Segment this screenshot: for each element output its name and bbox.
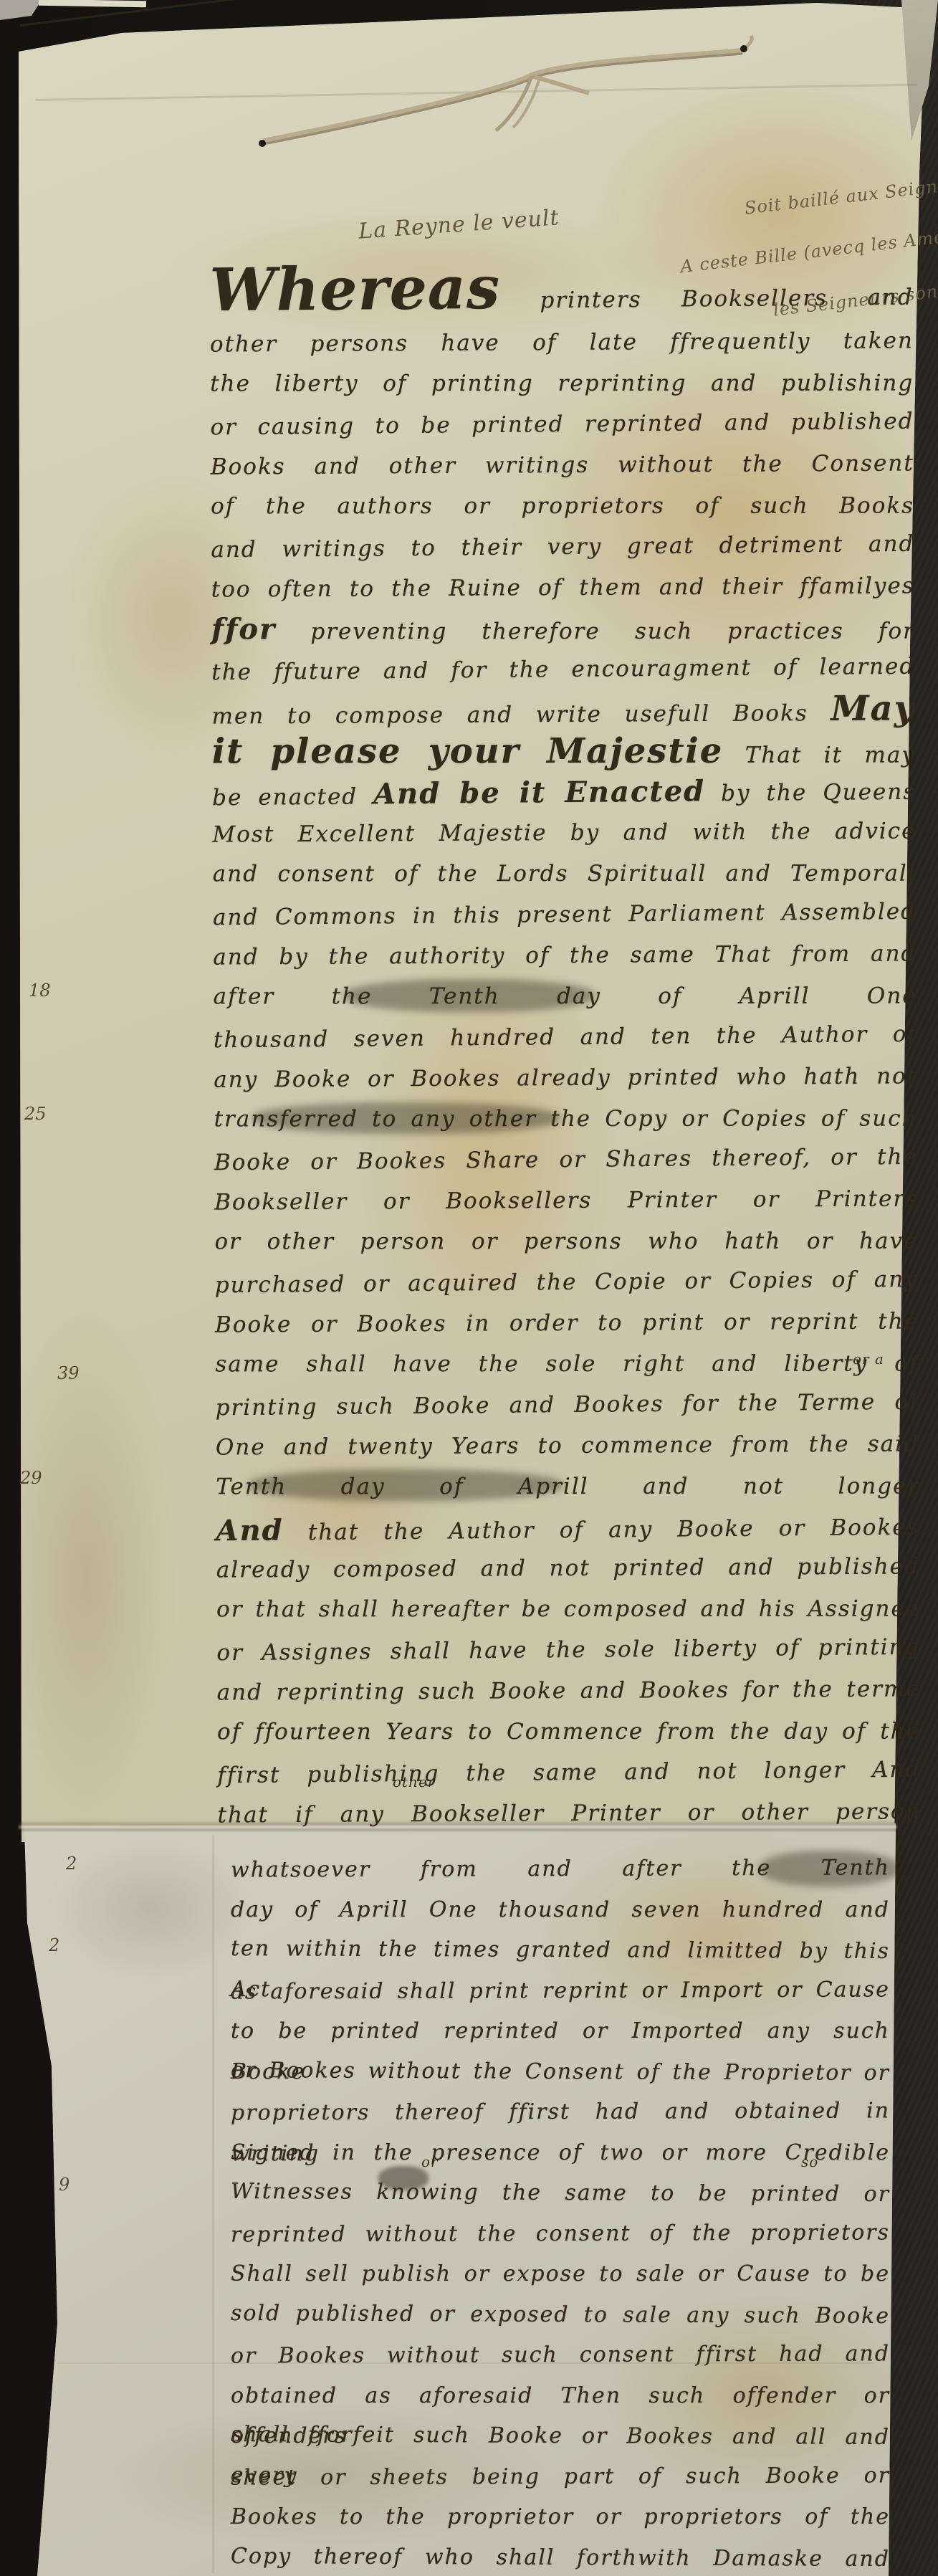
manuscript-line: the ffuture and for the encouragment of … — [211, 647, 915, 694]
manuscript-text-segment: Shall sell publish or expose to sale or … — [231, 2261, 890, 2286]
manuscript-text-segment: and by the authority of the same That fr… — [213, 940, 917, 970]
manuscript-text-segment: ffirst publishing the same and not longe… — [217, 1757, 921, 1789]
manuscript-line: shall fforfeit such Booke or Bookes and … — [231, 2415, 890, 2458]
manuscript-line: And that the Author of any Booke or Book… — [216, 1504, 919, 1552]
manuscript-text-segment: and Commons in this present Parliament A… — [213, 899, 917, 931]
manuscript-line: of ffourteen Years to Commence from the … — [217, 1712, 921, 1753]
manuscript-line: Bookseller or Booksellers Printer or Pri… — [214, 1178, 918, 1223]
manuscript-text-segment: Bookes to the proprietor or proprietors … — [231, 2504, 890, 2529]
manuscript-line: Booke or Bookes in order to print or rep… — [215, 1301, 919, 1345]
manuscript-text-segment: And — [216, 1513, 284, 1547]
manuscript-line: be enacted And be it Enacted by the Quee… — [212, 769, 916, 816]
manuscript-line: or that shall hereafter be composed and … — [216, 1589, 920, 1631]
manuscript-line: to be printed reprinted or Imported any … — [231, 2011, 890, 2052]
manuscript-line: and consent of the Lords Spirituall and … — [213, 854, 917, 895]
adjacent-document-fragment — [0, 0, 42, 23]
manuscript-line: the liberty of printing reprinting and p… — [210, 363, 914, 405]
manuscript-text-segment: preventing therefore such practices for — [310, 619, 915, 645]
manuscript-text-segment: Most Excellent Majestie by and with the … — [212, 818, 916, 847]
manuscript-text-segment: that if any Bookseller Printer or other … — [218, 1798, 922, 1828]
manuscript-line: Shall sell publish or expose to sale or … — [231, 2254, 890, 2295]
parchment-tie-cord — [236, 29, 781, 158]
manuscript-text-segment: or that shall hereafter be composed and … — [216, 1596, 920, 1623]
manuscript-text-segment: Witnesses knowing the same to be printed… — [231, 2179, 890, 2207]
torn-edge-notch — [29, 2047, 49, 2074]
manuscript-text-segment: and consent of the Lords Spirituall and … — [213, 861, 917, 887]
manuscript-text-segment: same shall have the sole right and liber… — [215, 1351, 919, 1378]
manuscript-photo: La Reyne le veult Soit baillé aux Seigne… — [0, 0, 938, 2576]
manuscript-text-segment: or Bookes without such consent ffirst ha… — [231, 2341, 890, 2368]
manuscript-line: ffor preventing therefore such practices… — [211, 609, 915, 650]
manuscript-line: already composed and not printed and pub… — [216, 1546, 920, 1590]
manuscript-line: and by the authority of the same That fr… — [213, 933, 917, 978]
margin-mark: 2 — [49, 1935, 59, 1955]
manuscript-text-segment: the ffuture and for the encouragment of … — [211, 654, 915, 686]
manuscript-text-segment: or other person or persons who hath or h… — [214, 1229, 918, 1255]
manuscript-line: thousand seven hundred and ten the Autho… — [214, 1014, 917, 1062]
manuscript-line: other persons have of late ffrequently t… — [210, 320, 914, 365]
manuscript-text-segment: or causing to be printed reprinted and p… — [210, 409, 914, 441]
margin-mark: 39 — [57, 1363, 80, 1383]
manuscript-text-segment: Signed in the presence of two or more Cr… — [231, 2140, 890, 2165]
manuscript-text-segment: printers Booksellers and — [540, 285, 913, 314]
manuscript-line: obtained as aforesaid Then such offender… — [231, 2376, 890, 2417]
manuscript-line: Signed in the presence of two or more Cr… — [231, 2133, 890, 2174]
manuscript-text-segment: purchased or acquired the Copie or Copie… — [215, 1266, 919, 1299]
ink-blot — [248, 1469, 563, 1501]
manuscript-text-membrane-1: Whereas printers Booksellers andother pe… — [209, 250, 922, 1836]
manuscript-text-segment: or Bookes without the Consent of the Pro… — [231, 2057, 890, 2085]
crease-line — [212, 1835, 214, 2573]
manuscript-text-segment: as aforesaid shall print reprint or Impo… — [231, 1977, 890, 2004]
manuscript-line: proprietors thereof ffirst had and obtai… — [231, 2091, 890, 2134]
manuscript-line: Witnesses knowing the same to be printed… — [231, 2172, 890, 2215]
manuscript-text-segment: already composed and not printed and pub… — [216, 1553, 920, 1583]
manuscript-line: and Commons in this present Parliament A… — [213, 892, 917, 939]
manuscript-line: One and twenty Years to commence from th… — [216, 1423, 919, 1468]
manuscript-line: and reprinting such Booke and Bookes for… — [217, 1669, 921, 1713]
ink-blot — [252, 1102, 560, 1134]
manuscript-line: it please your Majestie That it may — [212, 731, 916, 773]
manuscript-line: Booke or Bookes Share or Shares thereof,… — [214, 1137, 918, 1184]
manuscript-line: that if any Bookseller Printer or other … — [217, 1791, 921, 1836]
margin-mark: 9 — [59, 2175, 70, 2195]
manuscript-line: Copy thereof who shall forthwith Damaske… — [231, 2536, 890, 2576]
margin-mark: 2 — [66, 1854, 77, 1874]
margin-mark: 29 — [20, 1468, 42, 1488]
manuscript-text-segment: sold published or exposed to sale any su… — [231, 2300, 890, 2328]
manuscript-text-segment: or Assignes shall have the sole liberty … — [216, 1634, 920, 1666]
manuscript-line: sold published or exposed to sale any su… — [231, 2293, 890, 2337]
manuscript-line: as aforesaid shall print reprint or Impo… — [231, 1970, 890, 2013]
manuscript-text-segment: and writings to their very great detrime… — [211, 531, 914, 563]
manuscript-text-segment: Books and other writings without the Con… — [211, 450, 914, 480]
ink-smear — [378, 2166, 429, 2190]
manuscript-text-segment: it please your Majestie — [212, 731, 723, 772]
manuscript-line: too often to the Ruine of them and their… — [211, 566, 915, 610]
manuscript-text-segment: of ffourteen Years to Commence from the … — [217, 1719, 921, 1745]
margin-mark: 25 — [24, 1104, 47, 1124]
manuscript-line: or causing to be printed reprinted and p… — [210, 401, 914, 449]
margin-mark: 18 — [29, 981, 51, 1001]
manuscript-text-segment: sheet or sheets being part of such Booke… — [231, 2463, 890, 2490]
manuscript-text-segment: That it may — [745, 743, 916, 768]
manuscript-text-segment: Bookseller or Booksellers Printer or Pri… — [214, 1186, 918, 1215]
manuscript-line: and writings to their very great detrime… — [211, 524, 914, 571]
manuscript-line: same shall have the sole right and liber… — [215, 1344, 919, 1385]
manuscript-line: or Assignes shall have the sole liberty … — [216, 1627, 920, 1674]
manuscript-text-segment: Booke or Bookes in order to print or rep… — [215, 1308, 919, 1337]
manuscript-line: ffirst publishing the same and not longe… — [217, 1750, 921, 1797]
manuscript-line: or other person or persons who hath or h… — [214, 1221, 918, 1263]
manuscript-text-segment: the liberty of printing reprinting and p… — [210, 371, 914, 397]
manuscript-text-segment: ffor — [211, 612, 276, 646]
manuscript-line: reprinted without the consent of the pro… — [231, 2213, 890, 2256]
adjacent-document-edge — [39, 0, 146, 7]
manuscript-text-segment: One and twenty Years to commence from th… — [216, 1431, 919, 1460]
manuscript-text-segment: Booke or Bookes Share or Shares thereof,… — [214, 1144, 918, 1176]
manuscript-text-segment: other persons have of late ffrequently t… — [210, 328, 914, 357]
manuscript-text-membrane-2: whatsoever from and after the Tenthday o… — [231, 1849, 890, 2576]
manuscript-line: day of Aprill One thousand seven hundred… — [231, 1890, 890, 1931]
manuscript-text-segment: be enacted — [212, 784, 358, 811]
manuscript-line: Bookes to the proprietor or proprietors … — [231, 2497, 890, 2538]
manuscript-line: ten within the times granted and limitte… — [231, 1929, 890, 1972]
ink-blot — [344, 979, 595, 1012]
manuscript-text-segment: that the Author of any Booke or Bookes — [308, 1514, 920, 1545]
manuscript-text-segment: men to compose and write usefull Books — [212, 700, 808, 729]
manuscript-line: printing such Booke and Bookes for the T… — [215, 1382, 919, 1429]
manuscript-line: or Bookes without the Consent of the Pro… — [231, 2050, 890, 2094]
manuscript-line: sheet or sheets being part of such Booke… — [231, 2456, 890, 2499]
manuscript-text-segment: day of Aprill One thousand seven hundred… — [231, 1897, 890, 1922]
manuscript-text-segment: too often to the Ruine of them and their… — [211, 573, 915, 602]
manuscript-text-segment: and reprinting such Booke and Bookes for… — [217, 1676, 921, 1705]
manuscript-text-segment: any Booke or Bookes already printed who … — [214, 1063, 917, 1092]
manuscript-text-segment: May — [831, 688, 915, 729]
ink-blot — [760, 1851, 899, 1886]
manuscript-text-segment: And be it Enacted — [373, 774, 705, 811]
manuscript-line: any Booke or Bookes already printed who … — [214, 1056, 917, 1100]
manuscript-text-segment: thousand seven hundred and ten the Autho… — [214, 1021, 917, 1054]
manuscript-line: Whereas printers Booksellers and — [209, 249, 914, 326]
manuscript-text-segment: reprinted without the consent of the pro… — [231, 2220, 890, 2247]
manuscript-text-segment: Whereas — [209, 254, 500, 325]
manuscript-line: purchased or acquired the Copie or Copie… — [215, 1259, 919, 1307]
manuscript-line: men to compose and write usefull Books M… — [211, 688, 915, 733]
manuscript-line: Most Excellent Majestie by and with the … — [212, 811, 916, 855]
manuscript-line: or Bookes without such consent ffirst ha… — [231, 2334, 890, 2377]
manuscript-text-segment: by the Queens — [721, 779, 916, 806]
manuscript-line: Books and other writings without the Con… — [211, 443, 914, 487]
manuscript-text-segment: printing such Booke and Bookes for the T… — [216, 1389, 919, 1421]
manuscript-text-segment: of the authors or proprietors of such Bo… — [211, 493, 914, 520]
manuscript-text-segment: Copy thereof who shall forthwith Damaske… — [231, 2543, 890, 2571]
manuscript-line: of the authors or proprietors of such Bo… — [211, 486, 914, 528]
